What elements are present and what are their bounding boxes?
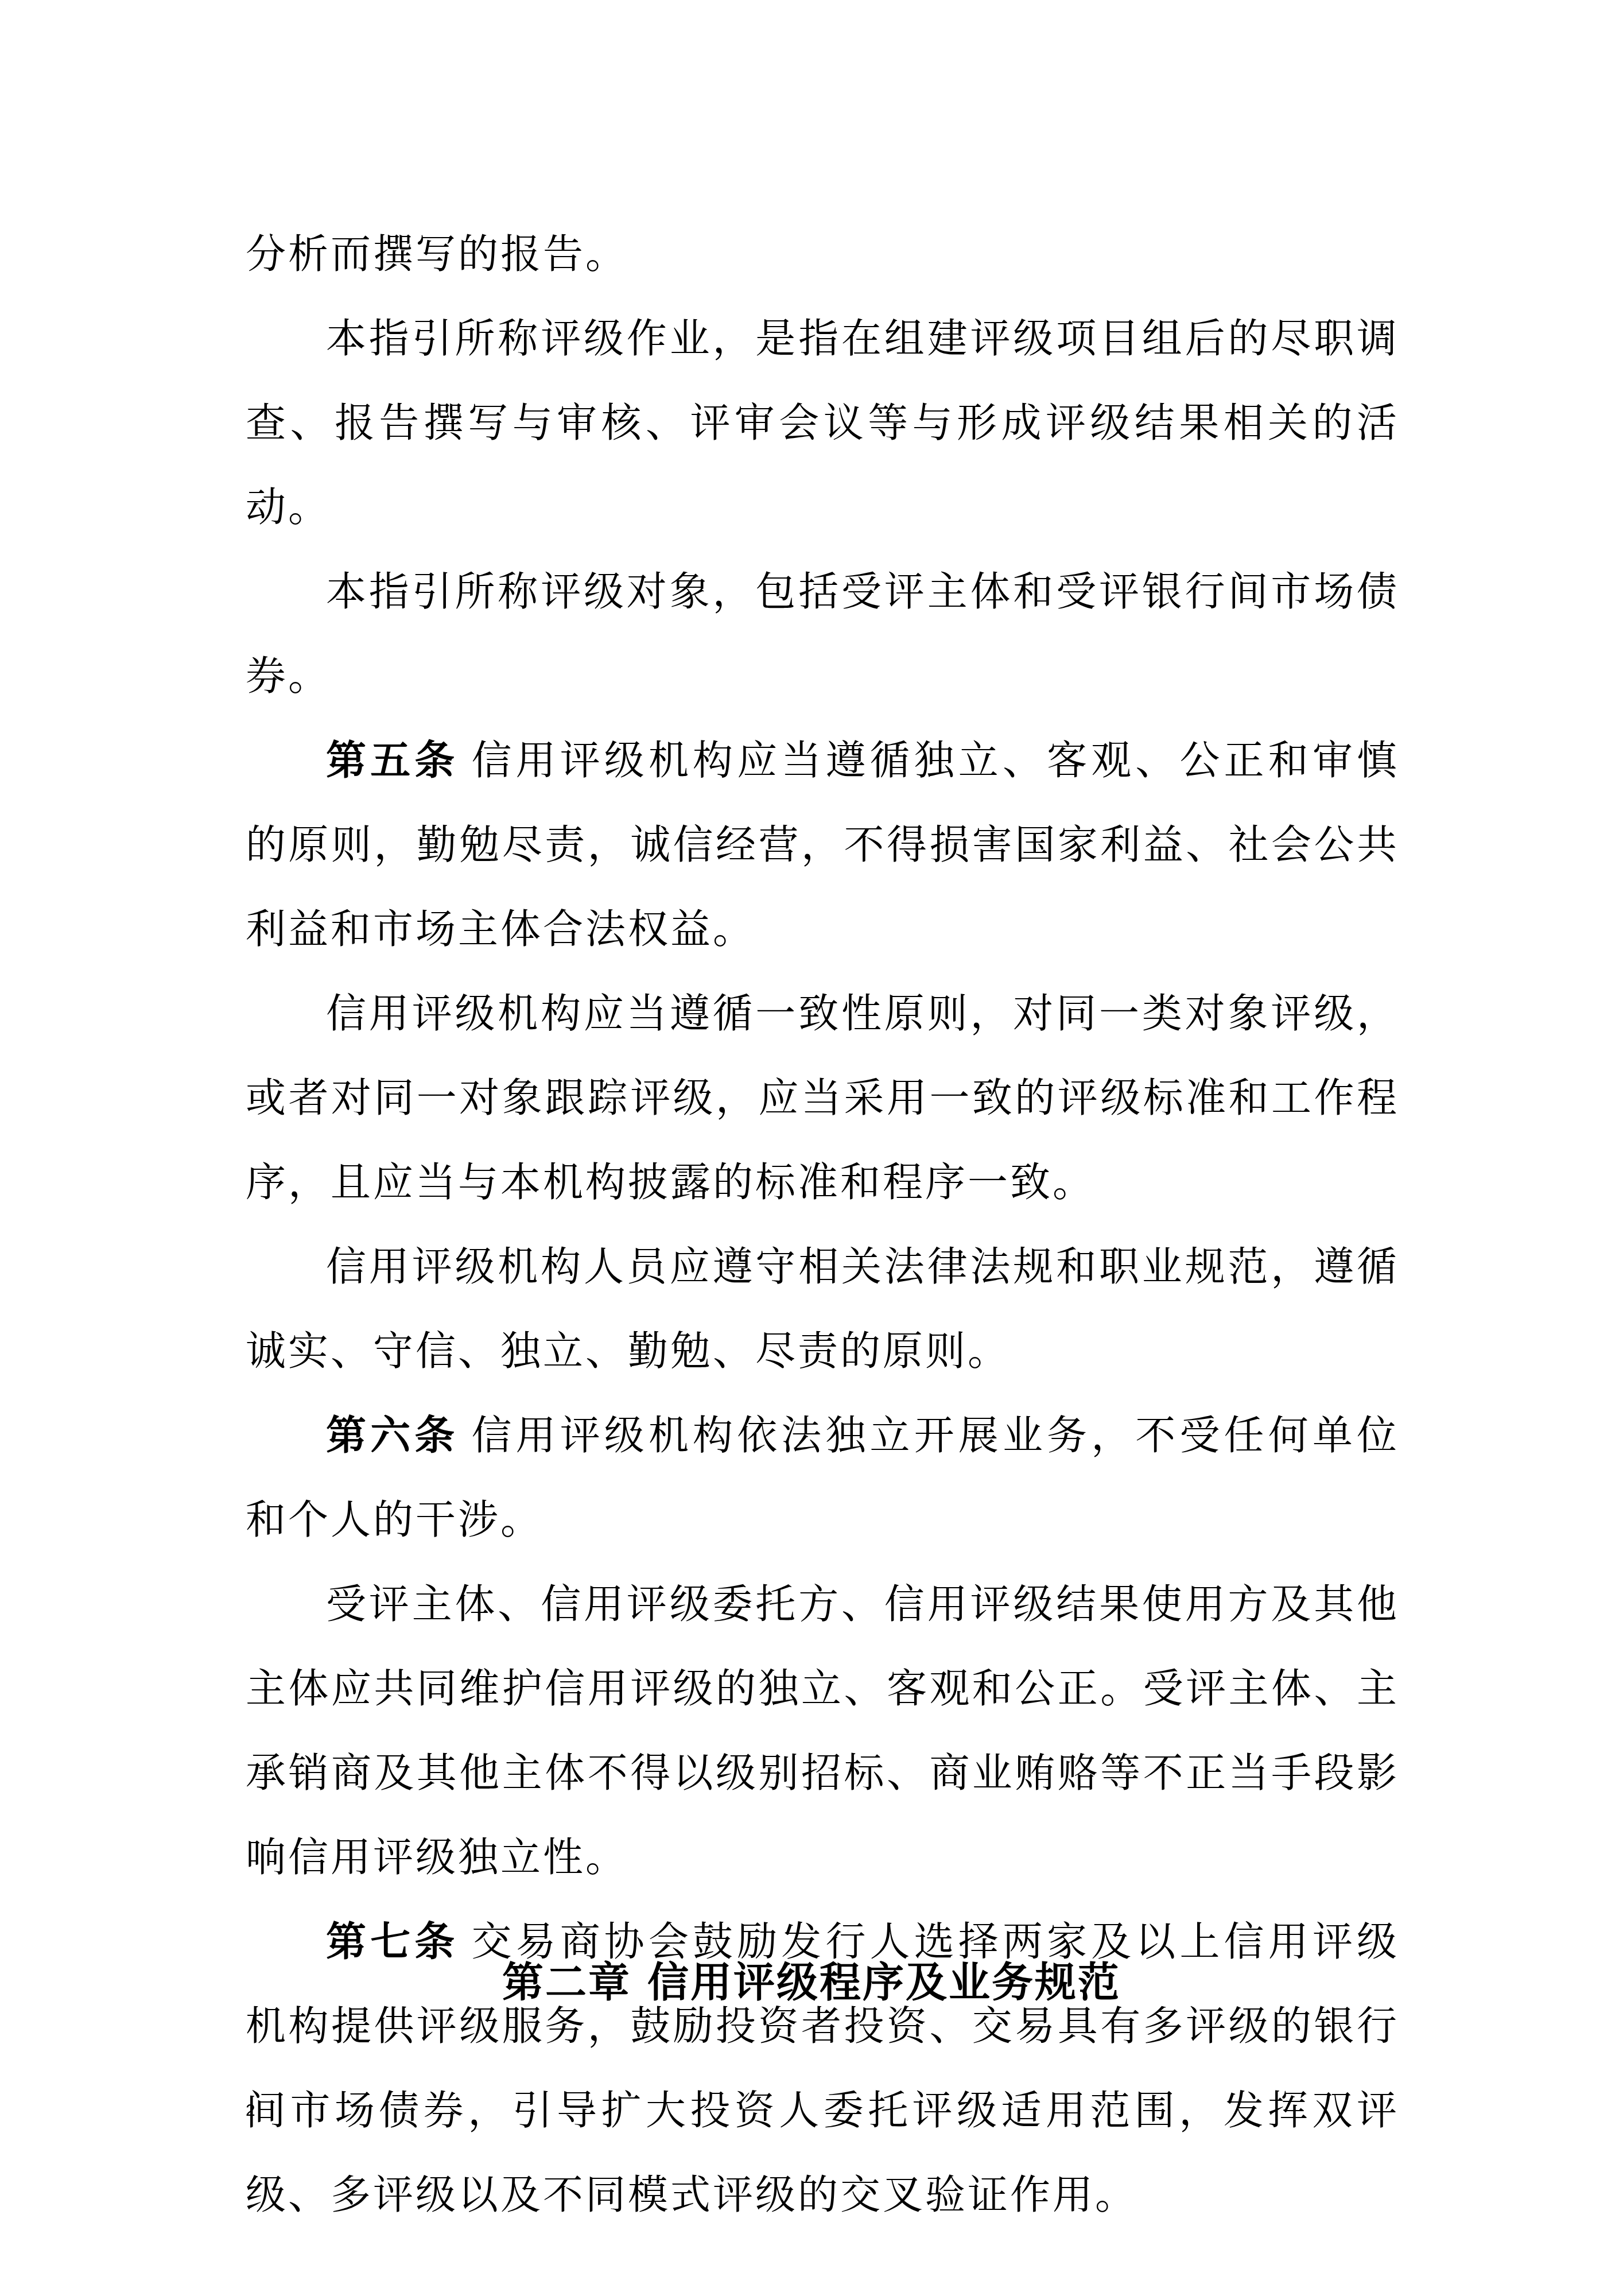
article-label: 第六条 [326, 1412, 459, 1459]
paragraph-text: 受评主体、信用评级委托方、信用评级结果使用方及其他主体应共同维护信用评级的独立、… [246, 1581, 1399, 1881]
chapter-title-text: 信用评级程序及业务规范 [647, 1958, 1121, 2006]
paragraph-text: 信用评级机构人员应遵守相关法律法规和职业规范，遵循诚实、守信、独立、勤勉、尽责的… [246, 1243, 1399, 1375]
paragraph-consistency-principle: 信用评级机构应当遵循一致性原则，对同一类对象评级，或者对同一对象跟踪评级，应当采… [246, 972, 1399, 1225]
paragraph-personnel-conduct: 信用评级机构人员应遵守相关法律法规和职业规范，遵循诚实、守信、独立、勤勉、尽责的… [246, 1225, 1399, 1394]
paragraph-independence-maintenance: 受评主体、信用评级委托方、信用评级结果使用方及其他主体应共同维护信用评级的独立、… [246, 1562, 1399, 1900]
paragraph-text: 分析而撰写的报告。 [246, 231, 628, 278]
page-number: 2 [246, 2101, 255, 2120]
article-5: 第五条信用评级机构应当遵循独立、客观、公正和审慎的原则，勤勉尽责，诚信经营，不得… [246, 719, 1399, 972]
paragraph-rating-operation-definition: 本指引所称评级作业，是指在组建评级项目组后的尽职调查、报告撰写与审核、评审会议等… [246, 297, 1399, 550]
chapter-number: 第二章 [502, 1958, 631, 2006]
paragraph-text: 信用评级机构应当遵循一致性原则，对同一类对象评级，或者对同一对象跟踪评级，应当采… [246, 990, 1399, 1206]
paragraph-rating-object-definition: 本指引所称评级对象，包括受评主体和受评银行间市场债券。 [246, 550, 1399, 719]
chapter-heading: 第二章信用评级程序及业务规范 [0, 1949, 1623, 2008]
paragraph-text: 本指引所称评级作业，是指在组建评级项目组后的尽职调查、报告撰写与审核、评审会议等… [246, 315, 1399, 531]
paragraph-text: 本指引所称评级对象，包括受评主体和受评银行间市场债券。 [246, 568, 1399, 700]
article-label: 第五条 [326, 737, 459, 784]
paragraph-continuation: 分析而撰写的报告。 [246, 212, 1399, 297]
document-page: 分析而撰写的报告。 本指引所称评级作业，是指在组建评级项目组后的尽职调查、报告撰… [0, 0, 1623, 2296]
document-body: 分析而撰写的报告。 本指引所称评级作业，是指在组建评级项目组后的尽职调查、报告撰… [246, 212, 1399, 2237]
article-6: 第六条信用评级机构依法独立开展业务，不受任何单位和个人的干涉。 [246, 1394, 1399, 1562]
